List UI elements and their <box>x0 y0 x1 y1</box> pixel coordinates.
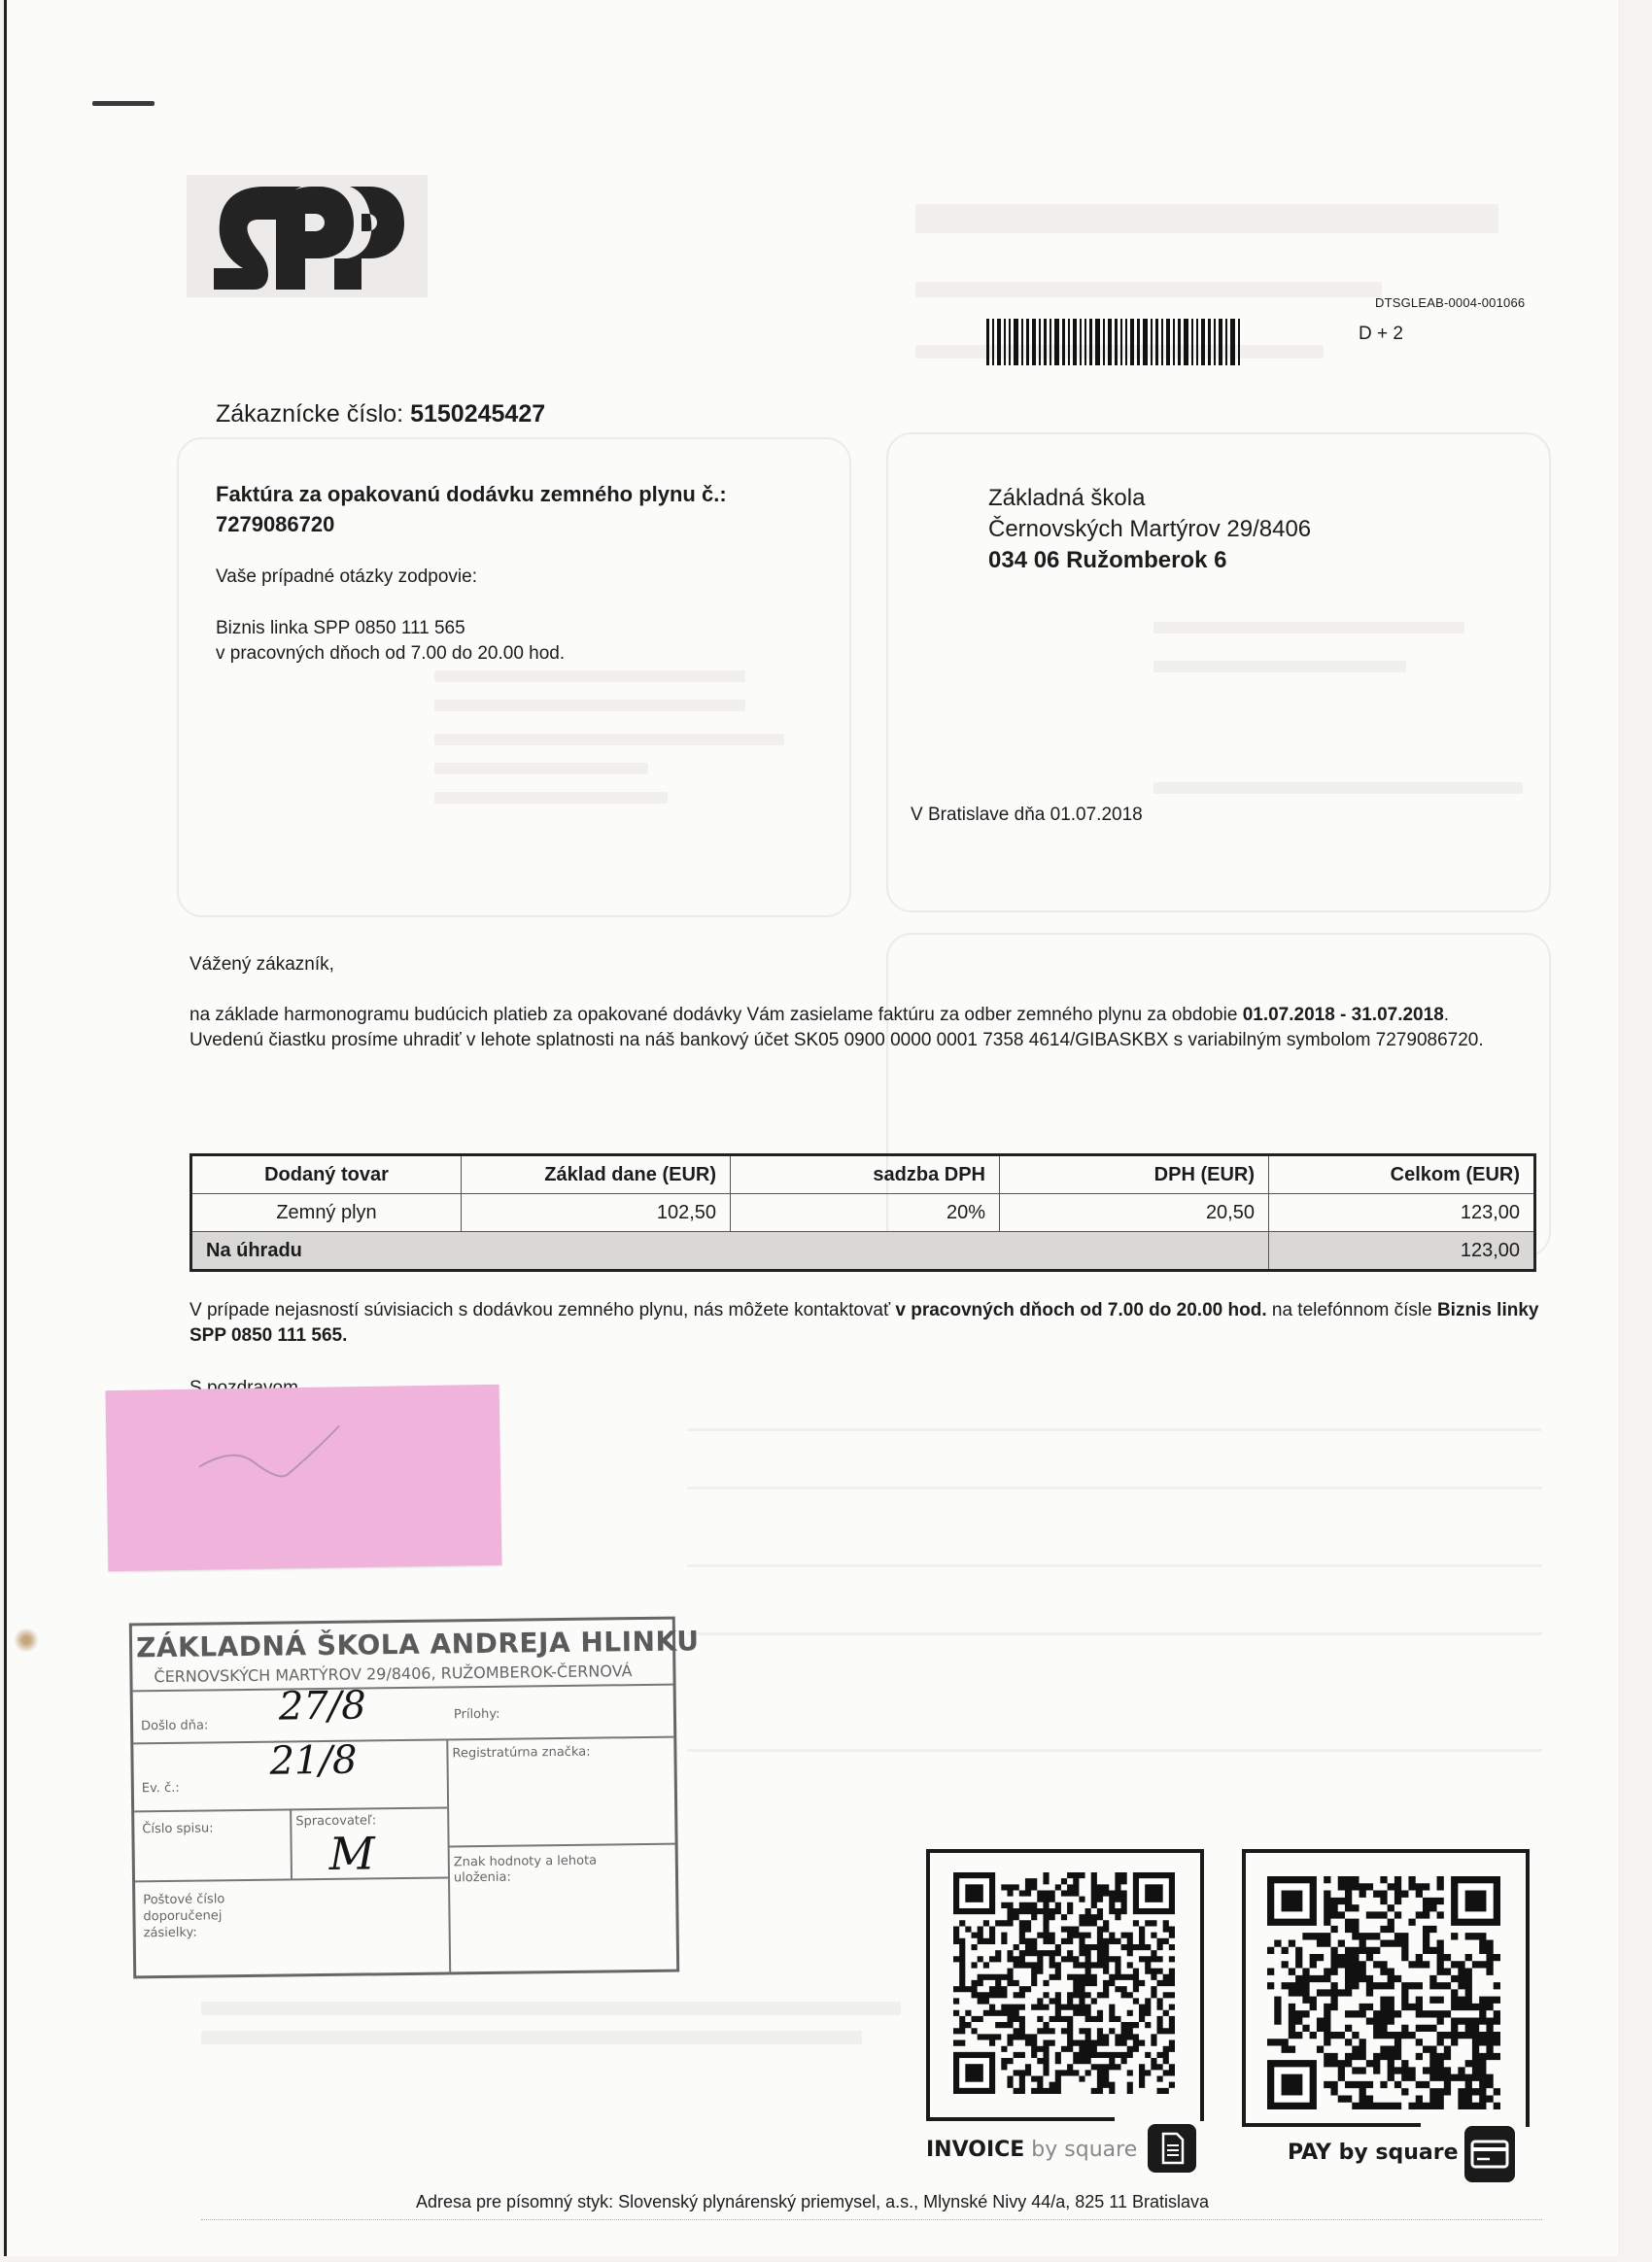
registry-mark-label: Registratúrna značka: <box>452 1745 590 1762</box>
header-tax-base: Základ dane (EUR) <box>462 1155 731 1194</box>
show-through-text <box>201 2031 862 2044</box>
invoice-title: Faktúra za opakovanú dodávku zemného ply… <box>216 479 838 539</box>
document-code: DTSGLEAB-0004-001066 <box>1375 295 1525 310</box>
cell-goods: Zemný plyn <box>191 1194 462 1232</box>
cell-tax-base: 102,50 <box>462 1194 731 1232</box>
show-through-line <box>687 1428 1542 1431</box>
invoice-label-light: by square <box>1024 2138 1137 2162</box>
footer-divider <box>201 2219 1542 2220</box>
customer-number: Zákaznícke číslo: 5150245427 <box>216 400 545 428</box>
invoice-table: Dodaný tovar Základ dane (EUR) sadzba DP… <box>189 1153 1536 1272</box>
table-row: Zemný plyn 102,50 20% 20,50 123,00 <box>191 1194 1535 1232</box>
invoice-qr-code[interactable] <box>953 1872 1175 2094</box>
invoice-title-text: Faktúra za opakovanú dodávku zemného ply… <box>216 479 838 509</box>
pencil-check-mark-icon <box>106 1385 502 1571</box>
document-icon <box>1148 2124 1196 2173</box>
stamp-divider <box>133 1736 673 1745</box>
pay-qr-frame <box>1242 1849 1530 2127</box>
show-through-text <box>1153 782 1523 794</box>
invoice-number: 7279086720 <box>216 509 838 539</box>
value-sign-label: Znak hodnoty a lehota uloženia: <box>454 1853 648 1886</box>
total-value: 123,00 <box>1269 1232 1535 1271</box>
hotline-hours: v pracovných dňoch od 7.00 do 20.00 hod. <box>216 641 565 667</box>
cell-vat-rate: 20% <box>731 1194 1000 1232</box>
show-through-line <box>687 1564 1542 1567</box>
payment-paragraph: Uvedenú čiastku prosíme uhradiť v lehote… <box>189 1028 1540 1053</box>
footer-address: Adresa pre písomný styk: Slovenský plyná… <box>7 2192 1618 2212</box>
contact-text: V prípade nejasností súvisiacich s dodáv… <box>189 1300 895 1320</box>
cell-vat: 20,50 <box>1000 1194 1269 1232</box>
attachments-label: Prílohy: <box>454 1707 500 1723</box>
header-vat-rate: sadzba DPH <box>731 1155 1000 1194</box>
contact-mid: na telefónnom čísle <box>1267 1300 1437 1320</box>
invoice-label-bold: INVOICE <box>926 2138 1024 2162</box>
stamp-divider <box>446 1738 451 1971</box>
show-through-line <box>687 1487 1542 1490</box>
show-through-text <box>434 763 648 774</box>
total-label: Na úhradu <box>191 1232 1269 1271</box>
delivery-code: D + 2 <box>1359 324 1403 345</box>
spp-logo-icon <box>206 181 410 292</box>
card-icon <box>1464 2126 1515 2182</box>
table-header-row: Dodaný tovar Základ dane (EUR) sadzba DP… <box>191 1155 1535 1194</box>
show-through-text <box>434 792 668 804</box>
recipient-street: Černovských Martýrov 29/8406 <box>988 514 1311 545</box>
show-through-line <box>687 1632 1542 1635</box>
show-through-text <box>201 2002 901 2015</box>
table-total-row: Na úhradu 123,00 <box>191 1232 1535 1271</box>
greeting: Vážený zákazník, <box>189 954 334 976</box>
received-label: Došlo dňa: <box>141 1718 208 1733</box>
scan-mark <box>92 101 155 106</box>
frame-line <box>1246 2123 1421 2127</box>
stain-mark <box>13 1628 40 1652</box>
reg-no-label: Ev. č.: <box>142 1781 180 1796</box>
contact-hours: v pracovných dňoch od 7.00 do 20.00 hod. <box>895 1300 1266 1320</box>
billing-end: . <box>1444 1005 1449 1025</box>
pay-by-square-label: PAY by square <box>1288 2141 1458 2165</box>
billing-text: na základe harmonogramu budúcich platieb… <box>189 1005 1243 1025</box>
show-through-line <box>687 1749 1542 1752</box>
show-through-text <box>434 670 745 682</box>
barcode <box>986 319 1280 365</box>
show-through-text <box>1153 622 1464 634</box>
billing-period-paragraph: na základe harmonogramu budúcich platieb… <box>189 1003 1540 1028</box>
file-no-label: Číslo spisu: <box>142 1821 213 1836</box>
invoice-by-square-label: INVOICE by square <box>926 2138 1137 2162</box>
cell-total: 123,00 <box>1269 1194 1535 1232</box>
stamp-divider <box>290 1808 293 1878</box>
show-through-text <box>915 282 1382 297</box>
show-through-text <box>434 734 784 745</box>
show-through-text <box>1153 661 1406 672</box>
questions-label: Vaše prípadné otázky zodpovie: <box>216 566 477 588</box>
hotline-number: Biznis linka SPP 0850 111 565 <box>216 616 565 641</box>
header-total: Celkom (EUR) <box>1269 1155 1535 1194</box>
pay-qr-code[interactable] <box>1267 1876 1500 2109</box>
recipient-address: Základná škola Černovských Martýrov 29/8… <box>988 483 1311 576</box>
registry-stamp: ZÁKLADNÁ ŠKOLA ANDREJA HLINKU ČERNOVSKÝC… <box>129 1617 679 1979</box>
billing-period: 01.07.2018 - 31.07.2018 <box>1243 1005 1444 1025</box>
postal-no-label: Poštové číslo doporučenej zásielky: <box>143 1891 251 1941</box>
header-goods: Dodaný tovar <box>191 1155 462 1194</box>
handler-value: M <box>328 1827 375 1880</box>
recipient-city: 034 06 Ružomberok 6 <box>988 545 1311 576</box>
stamp-divider <box>448 1843 675 1848</box>
place-date: V Bratislave dňa 01.07.2018 <box>911 805 1143 826</box>
customer-number-label: Zákaznícke číslo: <box>216 400 403 428</box>
sticky-note <box>106 1385 502 1571</box>
received-value: 27/8 <box>279 1683 366 1729</box>
header-vat: DPH (EUR) <box>1000 1155 1269 1194</box>
show-through-text <box>434 700 745 711</box>
reg-no-value: 21/8 <box>269 1738 357 1784</box>
hotline-info: Biznis linka SPP 0850 111 565 v pracovný… <box>216 616 565 667</box>
letter-body: na základe harmonogramu budúcich platieb… <box>189 1003 1540 1053</box>
frame-line <box>930 2117 1115 2121</box>
invoice-page: DTSGLEAB-0004-001066 D + 2 Zákaznícke čí… <box>4 0 1618 2256</box>
contact-paragraph: V prípade nejasností súvisiacich s dodáv… <box>189 1298 1540 1349</box>
stamp-title: ZÁKLADNÁ ŠKOLA ANDREJA HLINKU <box>136 1625 700 1663</box>
customer-number-value: 5150245427 <box>410 400 545 428</box>
recipient-name: Základná škola <box>988 483 1311 514</box>
stamp-address: ČERNOVSKÝCH MARTÝROV 29/8406, RUŽOMBEROK… <box>154 1662 632 1686</box>
show-through-text <box>915 204 1498 233</box>
invoice-qr-frame <box>926 1849 1204 2121</box>
